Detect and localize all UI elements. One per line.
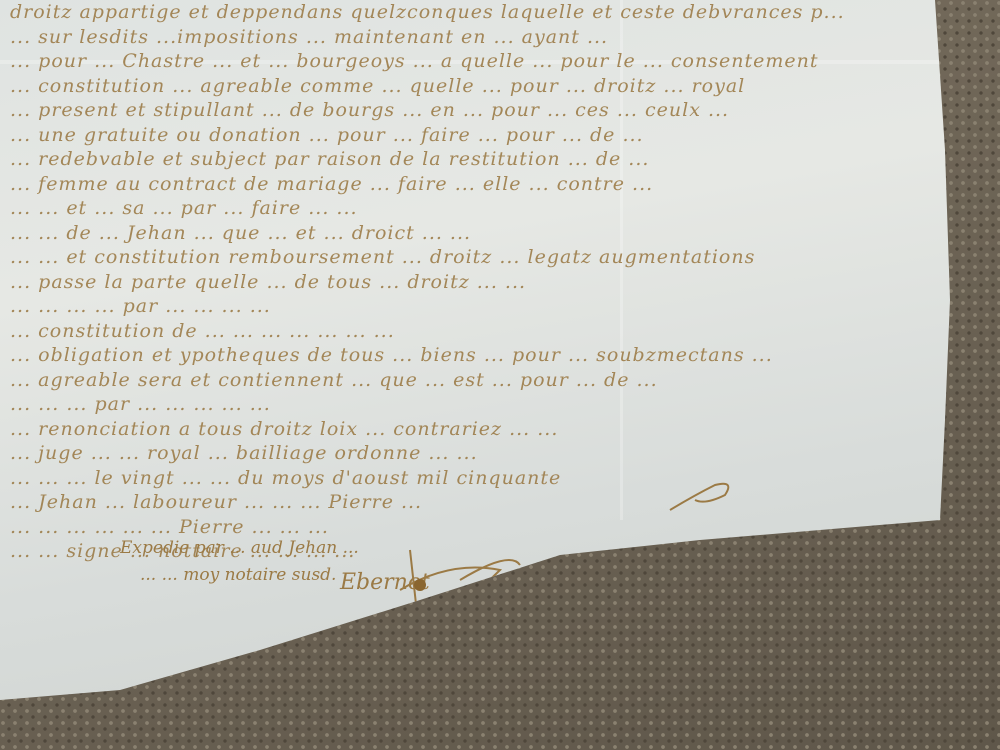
manuscript-line: ... ... de ... Jehan ... que ... et ... … [10, 221, 950, 246]
manuscript-line: ... ... et ... sa ... par ... faire ... … [10, 196, 950, 221]
manuscript-line: ... passe la parte quelle ... de tous ..… [10, 270, 950, 295]
manuscript-line: ... sur lesdits ...impositions ... maint… [10, 25, 950, 50]
manuscript-line: ... juge ... ... royal ... bailliage ord… [10, 441, 950, 466]
manuscript-line: ... redebvable et subject par raison de … [10, 147, 950, 172]
manuscript-line: ... une gratuite ou donation ... pour ..… [10, 123, 950, 148]
manuscript-line: ... renonciation a tous droitz loix ... … [10, 417, 950, 442]
manuscript-line: ... ... ... le vingt ... ... du moys d'a… [10, 466, 950, 491]
manuscript-line: ... ... ... ... par ... ... ... ... [10, 294, 950, 319]
manuscript-line: ... ... ... par ... ... ... ... ... [10, 392, 950, 417]
manuscript-line: droitz appartige et deppendans quelzconq… [10, 0, 950, 25]
manuscript-line: ... agreable sera et contiennent ... que… [10, 368, 950, 393]
footer-line-2: ... ... moy notaire susd. [140, 565, 336, 585]
manuscript-line: ... ... et constitution remboursement ..… [10, 245, 950, 270]
paraph-mark [665, 475, 745, 515]
manuscript-line: ... obligation et ypotheques de tous ...… [10, 343, 950, 368]
manuscript-text: droitz appartige et deppendans quelzconq… [0, 0, 950, 564]
manuscript-line: ... present et stipullant ... de bourgs … [10, 98, 950, 123]
manuscript-line: ... pour ... Chastre ... et ... bourgeoy… [10, 49, 950, 74]
manuscript-line: ... femme au contract de mariage ... fai… [10, 172, 950, 197]
footer-line-1: Expedie par ... aud Jehan ... [120, 538, 359, 558]
manuscript-line: ... Jehan ... laboureur ... ... ... Pier… [10, 490, 950, 515]
manuscript-line: ... constitution ... agreable comme ... … [10, 74, 950, 99]
parchment-document: droitz appartige et deppendans quelzconq… [0, 0, 960, 700]
manuscript-line: ... ... ... ... ... ... Pierre ... ... .… [10, 515, 950, 540]
manuscript-line: ... constitution de ... ... ... ... ... … [10, 319, 950, 344]
signature-flourish [390, 540, 530, 650]
